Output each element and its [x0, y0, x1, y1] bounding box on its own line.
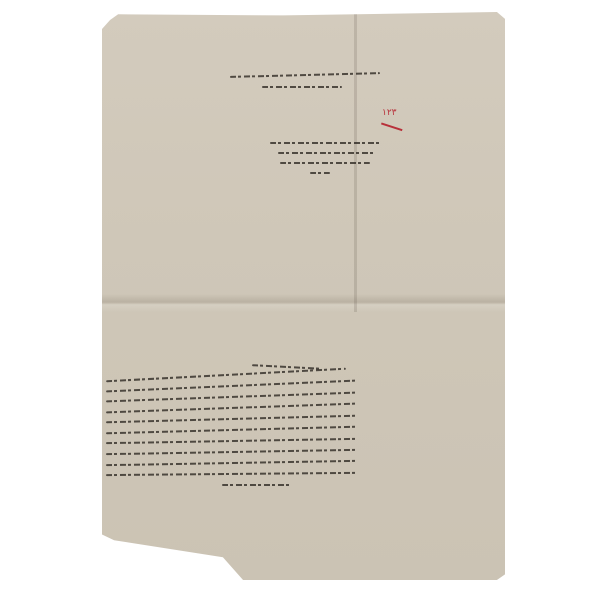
corner-number-mark: ٢٥	[130, 562, 142, 574]
header-line-1	[230, 72, 380, 78]
address-line-4	[310, 172, 330, 174]
folded-corner	[102, 542, 152, 580]
body-line	[106, 368, 346, 383]
address-line-3	[280, 162, 370, 164]
body-line	[106, 472, 356, 476]
header-block: Two-line heading in upper center, follow…	[222, 70, 392, 180]
red-ink-stroke	[381, 115, 405, 131]
address-line-2	[278, 152, 374, 154]
body-line	[106, 438, 356, 444]
body-line	[106, 403, 356, 414]
body-line	[106, 380, 356, 393]
header-line-2	[262, 86, 342, 88]
body-line	[222, 484, 292, 486]
document-page: Two-line heading in upper center, follow…	[102, 12, 505, 580]
body-line	[106, 449, 356, 455]
body-line	[106, 426, 356, 435]
horizontal-fold	[102, 294, 505, 312]
address-line-1	[270, 142, 380, 144]
body-line	[106, 415, 356, 424]
body-line	[106, 392, 356, 403]
body-block: About 12 lines of slanted handwritten te…	[102, 360, 362, 510]
body-line	[106, 460, 356, 466]
